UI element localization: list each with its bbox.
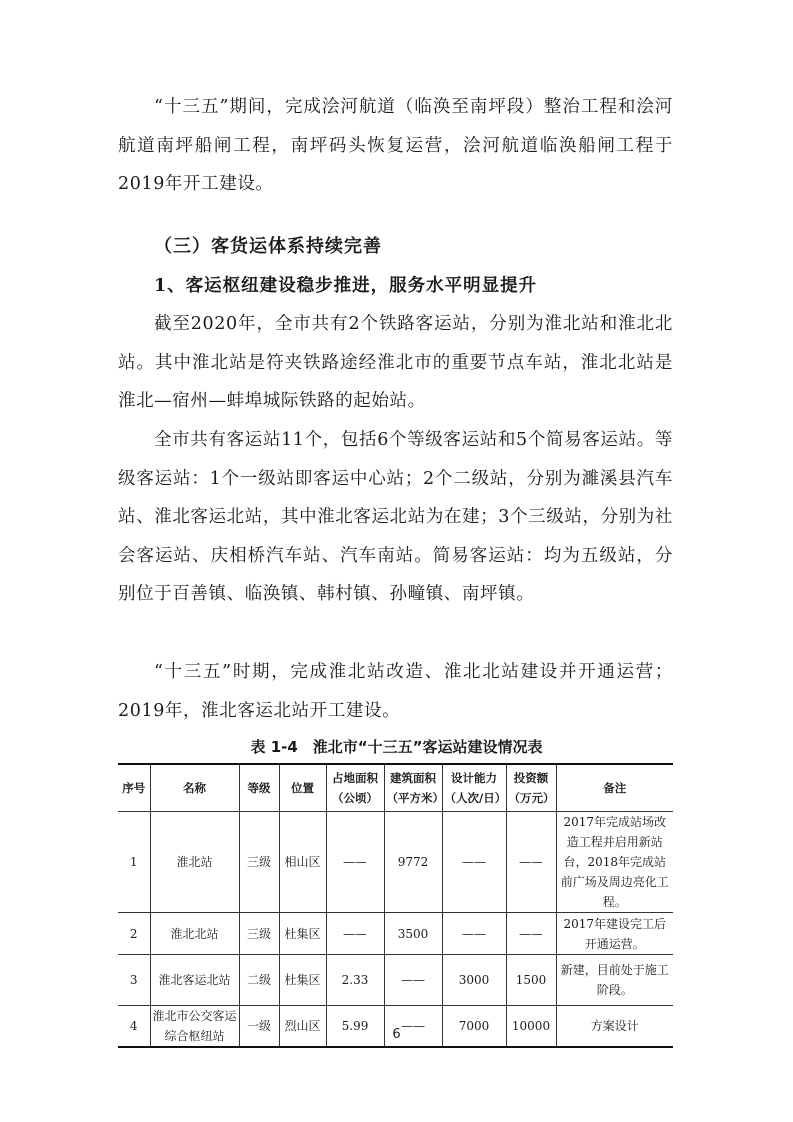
cell-location: 杜集区 <box>279 955 326 1006</box>
cell-investment: 1500 <box>506 955 556 1006</box>
cell-investment: —— <box>506 812 556 913</box>
station-construction-table: 序号 名称 等级 位置 占地面积（公顷） 建筑面积（平方米） 设计能力（人次/日… <box>118 763 673 1048</box>
table-row: 2 淮北北站 三级 杜集区 —— 3500 —— —— 2017年建设完工后开通… <box>118 913 673 955</box>
cell-capacity: 3000 <box>442 955 506 1006</box>
paragraph-rail-stations: 截至2020年，全市共有2个铁路客运站，分别为淮北站和淮北北站。其中淮北站是符夹… <box>118 305 673 421</box>
cell-land-area: —— <box>326 812 384 913</box>
page-number: 6 <box>0 1027 793 1042</box>
cell-no: 3 <box>118 955 150 1006</box>
header-land-area: 占地面积（公顷） <box>326 764 384 812</box>
cell-name: 淮北站 <box>150 812 239 913</box>
cell-land-area: 2.33 <box>326 955 384 1006</box>
table-caption: 表 1-4 淮北市“十三五”客运站建设情况表 <box>0 736 793 757</box>
header-capacity: 设计能力（人次/日） <box>442 764 506 812</box>
header-no: 序号 <box>118 764 150 812</box>
header-note: 备注 <box>556 764 673 812</box>
cell-location: 杜集区 <box>279 913 326 955</box>
document-page: “十三五”期间，完成浍河航道（临涣至南坪段）整治工程和浍河航道南坪船闸工程，南坪… <box>0 0 793 1122</box>
cell-name: 淮北客运北站 <box>150 955 239 1006</box>
cell-location: 相山区 <box>279 812 326 913</box>
cell-capacity: —— <box>442 913 506 955</box>
cell-floor-area: 3500 <box>384 913 442 955</box>
paragraph-13th-plan: “十三五”时期，完成淮北站改造、淮北北站建设并开通运营；2019年，淮北客运北站… <box>118 653 673 730</box>
cell-grade: 二级 <box>239 955 279 1006</box>
cell-no: 2 <box>118 913 150 955</box>
cell-land-area: —— <box>326 913 384 955</box>
cell-investment: —— <box>506 913 556 955</box>
header-name: 名称 <box>150 764 239 812</box>
cell-floor-area: 9772 <box>384 812 442 913</box>
paragraph-bus-stations: 全市共有客运站11个，包括6个等级客运站和5个简易客运站。等级客运站：1个一级站… <box>118 421 673 614</box>
cell-no: 1 <box>118 812 150 913</box>
table-row: 3 淮北客运北站 二级 杜集区 2.33 —— 3000 1500 新建，目前处… <box>118 955 673 1006</box>
header-grade: 等级 <box>239 764 279 812</box>
cell-grade: 三级 <box>239 913 279 955</box>
cell-note: 2017年建设完工后开通运营。 <box>556 913 673 955</box>
cell-note: 2017年完成站场改造工程并启用新站台，2018年完成站前广场及周边亮化工程。 <box>556 812 673 913</box>
header-location: 位置 <box>279 764 326 812</box>
cell-capacity: —— <box>442 812 506 913</box>
cell-name: 淮北北站 <box>150 913 239 955</box>
table-row: 1 淮北站 三级 相山区 —— 9772 —— —— 2017年完成站场改造工程… <box>118 812 673 913</box>
subsection-heading: 1、客运枢纽建设稳步推进，服务水平明显提升 <box>154 272 537 297</box>
cell-note: 新建，目前处于施工阶段。 <box>556 955 673 1006</box>
section-heading: （三）客货运体系持续完善 <box>154 232 382 258</box>
cell-floor-area: —— <box>384 955 442 1006</box>
cell-grade: 三级 <box>239 812 279 913</box>
paragraph-waterway: “十三五”期间，完成浍河航道（临涣至南坪段）整治工程和浍河航道南坪船闸工程，南坪… <box>118 88 673 204</box>
header-floor-area: 建筑面积（平方米） <box>384 764 442 812</box>
table-header-row: 序号 名称 等级 位置 占地面积（公顷） 建筑面积（平方米） 设计能力（人次/日… <box>118 764 673 812</box>
header-investment: 投资额（万元） <box>506 764 556 812</box>
